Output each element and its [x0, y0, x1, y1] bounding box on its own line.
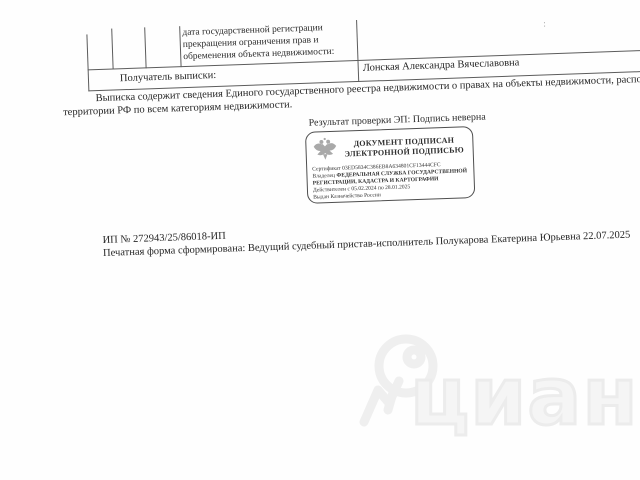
stamp-certificate-label: Сертификат: [312, 166, 341, 173]
scanned-extract-page: дата государственной регистрации прекращ…: [0, 0, 640, 480]
table-column-divider: [111, 29, 113, 70]
stamp-title: ДОКУМЕНТ ПОДПИСАН ЭЛЕКТРОННОЙ ПОДПИСЬЮ: [341, 135, 467, 158]
stamp-header: ДОКУМЕНТ ПОДПИСАН ЭЛЕКТРОННОЙ ПОДПИСЬЮ: [311, 131, 467, 163]
scan-layer: дата государственной регистрации прекращ…: [0, 0, 640, 480]
scan-artifact: :: [543, 18, 546, 28]
table-column-divider: [179, 26, 181, 67]
table-cell-termination-date: дата государственной регистрации прекращ…: [182, 21, 359, 63]
table-border-left: [86, 34, 89, 91]
signature-stamp: ДОКУМЕНТ ПОДПИСАН ЭЛЕКТРОННОЙ ПОДПИСЬЮ С…: [305, 126, 475, 204]
recipient-label: Получатель выписки:: [120, 70, 217, 84]
stamp-details: Сертификат 03ED5834C386EB8A634801CF13444…: [312, 161, 468, 201]
table-column-divider: [144, 27, 146, 68]
coat-of-arms-eagle-icon: [311, 136, 339, 164]
stamp-owner-label: Владелец: [312, 173, 335, 180]
